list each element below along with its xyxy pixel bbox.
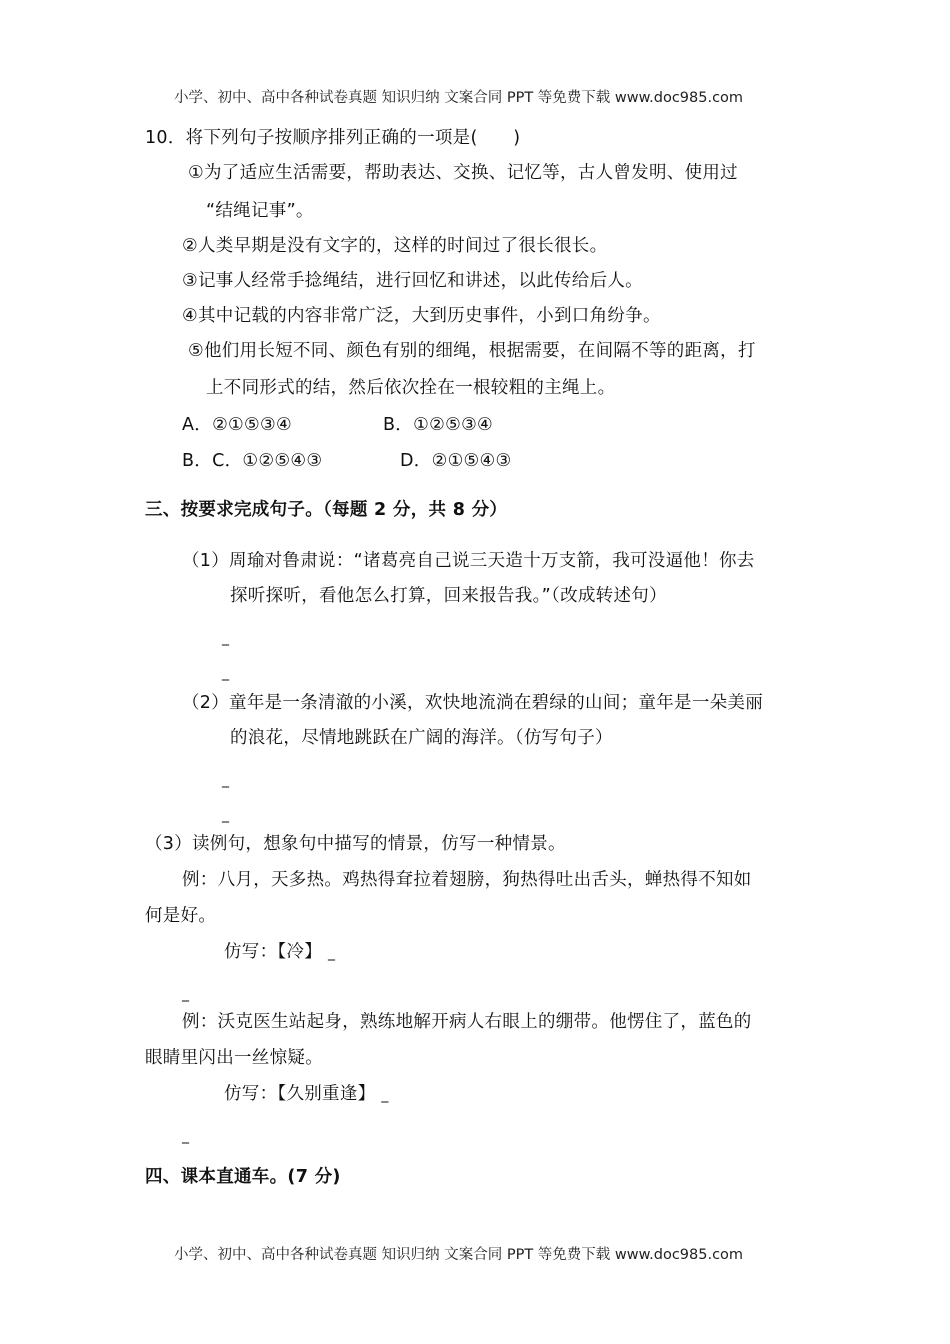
sentence-4: ④其中记载的内容非常广泛，大到历史事件，小到口角纷争。 [182, 304, 661, 328]
sentence-1-cont: “结绳记事”。 [206, 199, 314, 223]
answer-blank[interactable]: _ [328, 945, 335, 961]
option-d: D．②①⑤④③ [400, 449, 512, 473]
option-b: B．①②⑤③④ [383, 413, 493, 437]
answer-blank[interactable]: _ [222, 803, 229, 827]
sentence-1: ①为了适应生活需要，帮助表达、交换、记忆等，古人曾发明、使用过 [188, 161, 738, 185]
answer-blank[interactable]: _ [222, 661, 229, 685]
prompt-text: 仿写：【冷】 [224, 942, 322, 962]
imitation-prompt-cold: 仿写：【冷】 _ [224, 940, 335, 965]
question-10-stem: 10．将下列句子按顺序排列正确的一项是( ) [145, 126, 520, 150]
imitation-prompt-reunion: 仿写：【久别重逢】 _ [224, 1082, 389, 1107]
section-3-title: 三、按要求完成句子。（每题 2 分，共 8 分） [145, 498, 507, 522]
answer-blank[interactable]: _ [182, 982, 189, 1006]
s3-question-2: （2）童年是一条清澈的小溪，欢快地流淌在碧绿的山间；童年是一朵美丽 [182, 691, 763, 715]
s3-question-1-cont: 探听探听，看他怎么打算，回来报告我。”（改成转述句） [230, 584, 667, 608]
example-1: 例：八月，天多热。鸡热得耷拉着翅膀，狗热得吐出舌头，蝉热得不知如 [182, 868, 752, 892]
example-2: 例：沃克医生站起身，熟练地解开病人右眼上的绷带。他愣住了，蓝色的 [182, 1010, 752, 1034]
example-2-cont: 眼睛里闪出一丝惊疑。 [145, 1046, 323, 1070]
sentence-2: ②人类早期是没有文字的，这样的时间过了很长很长。 [182, 234, 607, 258]
option-a: A．②①⑤③④ [182, 413, 292, 437]
section-4-title: 四、课本直通车。(7 分) [145, 1165, 341, 1189]
sentence-5-cont: 上不同形式的结，然后依次拴在一根较粗的主绳上。 [206, 376, 615, 400]
answer-blank[interactable]: _ [222, 768, 229, 792]
sentence-3: ③记事人经常手捻绳结，进行回忆和讲述，以此传给后人。 [182, 269, 643, 293]
page-header: 小学、初中、高中各种试卷真题 知识归纳 文案合同 PPT 等免费下载 www.d… [174, 86, 743, 110]
s3-question-2-cont: 的浪花，尽情地跳跃在广阔的海洋。（仿写句子） [230, 726, 613, 750]
option-c: B．C．①②⑤④③ [182, 449, 322, 473]
sentence-5: ⑤他们用长短不同、颜色有别的细绳，根据需要，在间隔不等的距离，打 [188, 339, 756, 363]
page-footer: 小学、初中、高中各种试卷真题 知识归纳 文案合同 PPT 等免费下载 www.d… [174, 1243, 743, 1267]
s3-question-3: （3）读例句，想象句中描写的情景，仿写一种情景。 [145, 832, 566, 856]
answer-blank[interactable]: _ [182, 1124, 189, 1148]
prompt-text: 仿写：【久别重逢】 [224, 1084, 375, 1104]
s3-question-1: （1）周瑜对鲁肃说：“诸葛亮自己说三天造十万支箭，我可没逼他！你去 [182, 549, 755, 573]
answer-blank[interactable]: _ [222, 626, 229, 650]
example-1-cont: 何是好。 [145, 904, 216, 928]
answer-blank[interactable]: _ [381, 1087, 388, 1103]
